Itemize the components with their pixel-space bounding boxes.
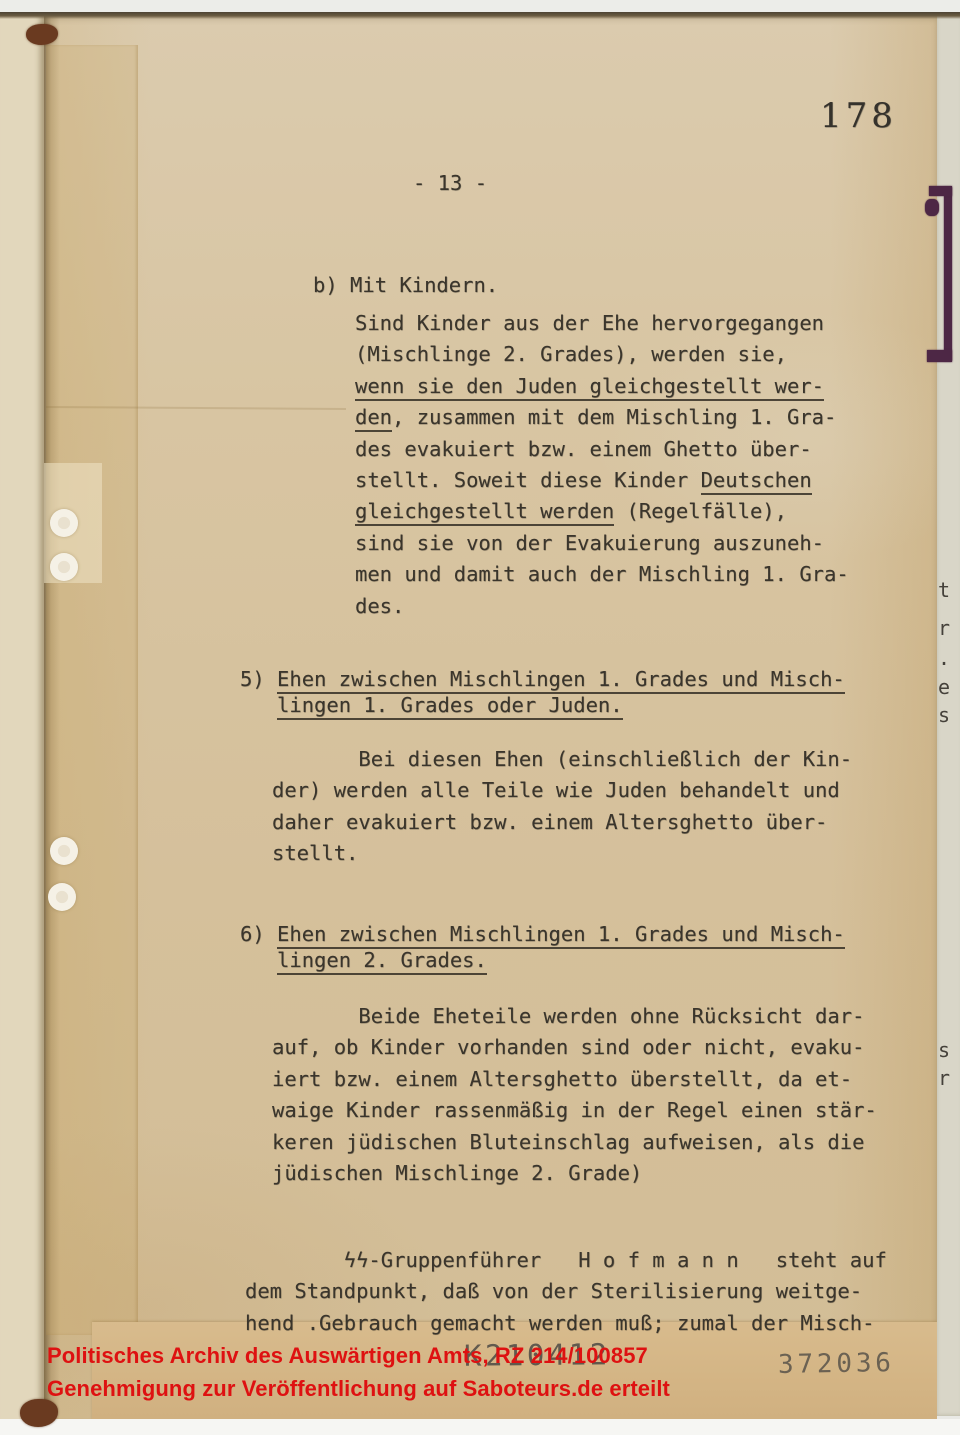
typed-line: des evakuiert bzw. einem Ghetto über- — [355, 434, 849, 465]
archive-attribution-line: Politisches Archiv des Auswärtigen Amts,… — [47, 1343, 648, 1369]
section-b-heading: b) Mit Kindern. — [313, 270, 498, 301]
archival-document-scan: iters.seesnegser9 178 K210412 372036 Pol… — [0, 0, 960, 1435]
item-6-paragraph: Beide Eheteile werden ohne Rücksicht dar… — [272, 1001, 877, 1189]
typed-line: Beide Eheteile werden ohne Rücksicht dar… — [272, 1001, 877, 1032]
typed-line: Bei diesen Ehen (einschließlich der Kin- — [272, 744, 852, 775]
page-number: - 13 - — [413, 168, 487, 199]
typed-line: (Mischlinge 2. Grades), werden sie, — [355, 339, 849, 370]
typed-line: gleichgestellt werden (Regelfälle), — [355, 496, 849, 527]
typed-line: den, zusammen mit dem Mischling 1. Gra- — [355, 402, 849, 433]
typed-line: - 13 - — [413, 168, 487, 199]
archive-permission-line: Genehmigung zur Veröffentlichung auf Sab… — [47, 1376, 670, 1402]
scanner-background-top — [0, 0, 960, 12]
typed-line: jüdischen Mischlinge 2. Grade) — [272, 1158, 877, 1189]
typed-line: men und damit auch der Mischling 1. Gra- — [355, 559, 849, 590]
text-layer: 178 K210412 372036 Politisches Archiv de… — [0, 0, 960, 1435]
typed-line: daher evakuiert bzw. einem Altersghetto … — [272, 807, 852, 838]
typed-line: stellt. Soweit diese Kinder Deutschen — [355, 465, 849, 496]
typed-line: keren jüdischen Bluteinschlag aufweisen,… — [272, 1127, 877, 1158]
typed-line: waige Kinder rassenmäßig in der Regel ei… — [272, 1095, 877, 1126]
paragraph-hofmann: ϟϟ-Gruppenführer H o f m a n n steht auf… — [245, 1245, 887, 1339]
typed-line: stellt. — [272, 838, 852, 869]
typed-line: des. — [355, 591, 849, 622]
folio-number-stamp: 178 — [820, 96, 897, 136]
typed-line: 5) Ehen zwischen Mischlingen 1. Grades u… — [240, 666, 845, 692]
typed-line: lingen 2. Grades. — [240, 947, 845, 973]
typed-line: hend .Gebrauch gemacht werden muß; zumal… — [245, 1308, 887, 1339]
typed-line: b) Mit Kindern. — [313, 270, 498, 301]
typed-line: Sind Kinder aus der Ehe hervorgegangen — [355, 308, 849, 339]
item-6-heading: 6) Ehen zwischen Mischlingen 1. Grades u… — [240, 921, 845, 973]
scanner-background-bottom — [0, 1419, 960, 1435]
page-top-edge-shadow — [0, 12, 960, 19]
item-5-paragraph: Bei diesen Ehen (einschließlich der Kin-… — [272, 744, 852, 870]
serial-number-stamp-right: 372036 — [778, 1348, 895, 1380]
typed-line: sind sie von der Evakuierung auszuneh- — [355, 528, 849, 559]
typed-line: wenn sie den Juden gleichgestellt wer- — [355, 371, 849, 402]
typed-line: dem Standpunkt, daß von der Sterilisieru… — [245, 1276, 887, 1307]
item-5-heading: 5) Ehen zwischen Mischlingen 1. Grades u… — [240, 666, 845, 718]
paragraph-children: Sind Kinder aus der Ehe hervorgegangen(M… — [355, 308, 849, 622]
typed-line: iert bzw. einem Altersghetto überstellt,… — [272, 1064, 877, 1095]
typed-line: der) werden alle Teile wie Juden behande… — [272, 775, 852, 806]
typed-line: 6) Ehen zwischen Mischlingen 1. Grades u… — [240, 921, 845, 947]
typed-line: ϟϟ-Gruppenführer H o f m a n n steht auf — [245, 1245, 887, 1276]
typed-line: lingen 1. Grades oder Juden. — [240, 692, 845, 718]
typed-line: auf, ob Kinder vorhanden sind oder nicht… — [272, 1032, 877, 1063]
